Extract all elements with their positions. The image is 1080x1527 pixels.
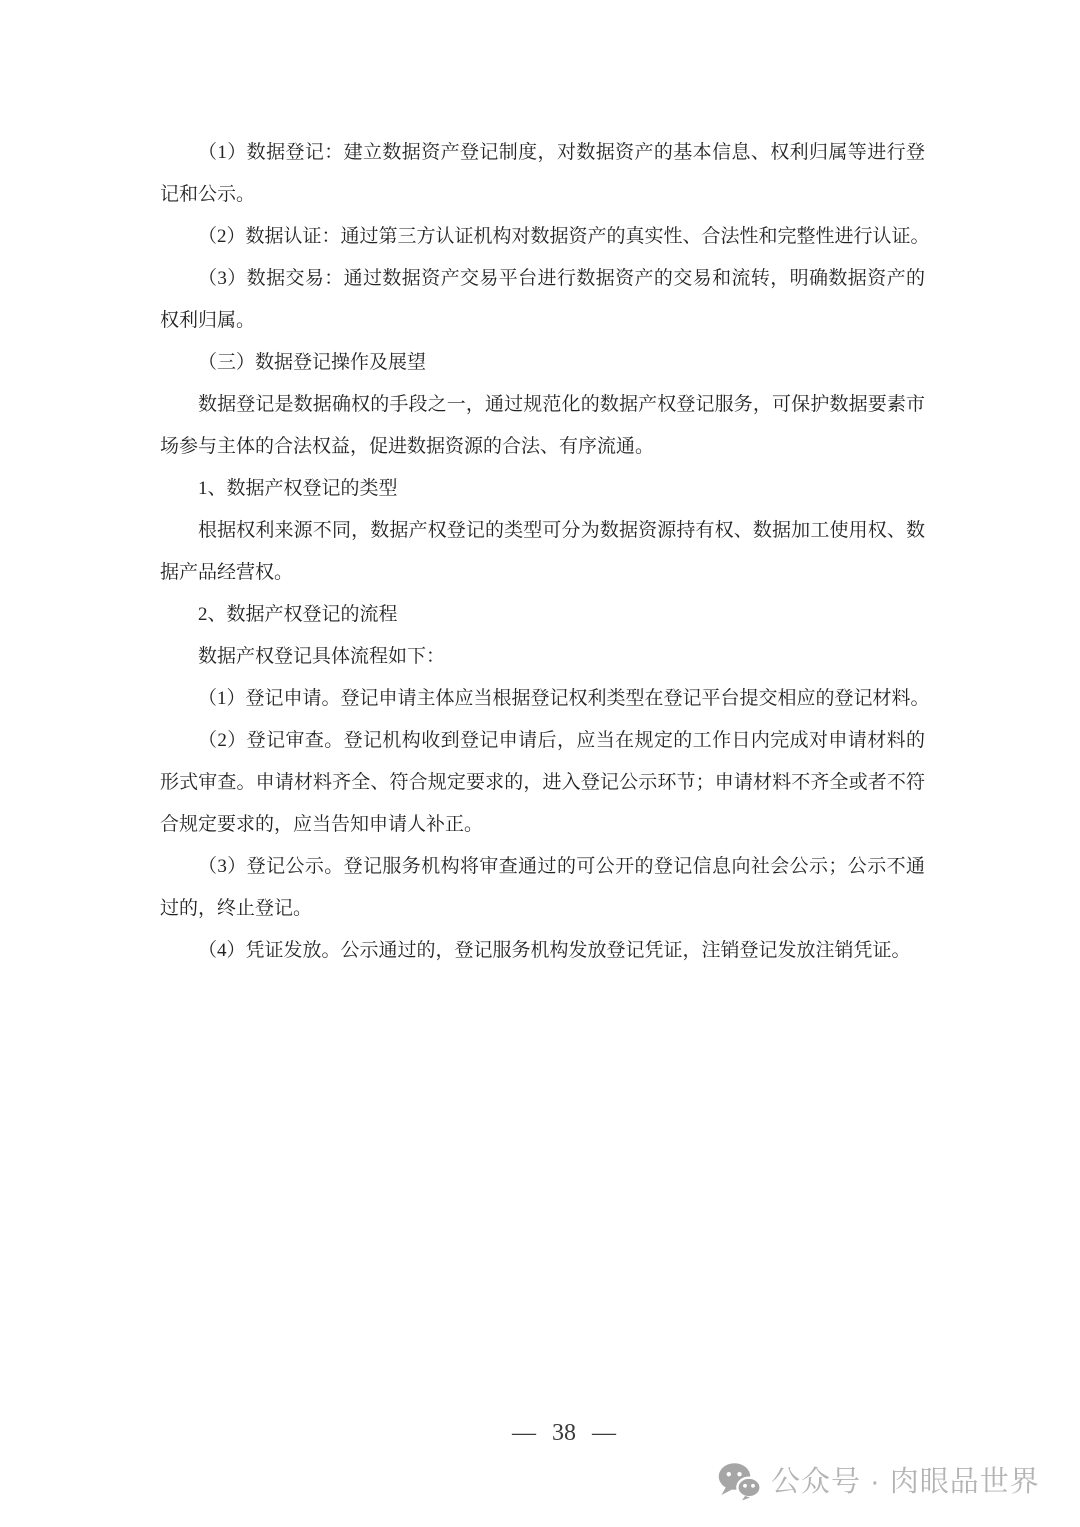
document-body: （1）数据登记：建立数据资产登记制度，对数据资产的基本信息、权利归属等进行登 记… (160, 132, 925, 972)
section-heading: （三）数据登记操作及展望 (160, 342, 925, 384)
page-number: — 38 — (0, 1412, 1080, 1454)
text-line: 形式审查。申请材料齐全、符合规定要求的，进入登记公示环节；申请材料不齐全或者不符 (160, 762, 925, 804)
text-line: （3）登记公示。登记服务机构将审查通过的可公开的登记信息向社会公示；公示不通 (160, 846, 925, 888)
text-line: 据产品经营权。 (160, 552, 925, 594)
text-line: 场参与主体的合法权益，促进数据资源的合法、有序流通。 (160, 426, 925, 468)
text-line: 合规定要求的，应当告知申请人补正。 (160, 804, 925, 846)
text-line: 记和公示。 (160, 174, 925, 216)
text-line: 过的，终止登记。 (160, 888, 925, 930)
document-page: （1）数据登记：建立数据资产登记制度，对数据资产的基本信息、权利归属等进行登 记… (0, 0, 1080, 1527)
watermark: 公众号 · 肉眼品世界 (718, 1462, 1040, 1502)
text-line: （2）数据认证：通过第三方认证机构对数据资产的真实性、合法性和完整性进行认证。 (160, 216, 925, 258)
subsection-heading: 1、数据产权登记的类型 (160, 468, 925, 510)
text-line: （2）登记审查。登记机构收到登记申请后，应当在规定的工作日内完成对申请材料的 (160, 720, 925, 762)
text-line: 数据登记是数据确权的手段之一，通过规范化的数据产权登记服务，可保护数据要素市 (160, 384, 925, 426)
text-line: （1）数据登记：建立数据资产登记制度，对数据资产的基本信息、权利归属等进行登 (160, 132, 925, 174)
text-line: （4）凭证发放。公示通过的，登记服务机构发放登记凭证，注销登记发放注销凭证。 (160, 930, 925, 972)
wechat-icon (718, 1463, 762, 1501)
text-line: 权利归属。 (160, 300, 925, 342)
text-line: （1）登记申请。登记申请主体应当根据登记权利类型在登记平台提交相应的登记材料。 (160, 678, 925, 720)
text-line: 根据权利来源不同，数据产权登记的类型可分为数据资源持有权、数据加工使用权、数 (160, 510, 925, 552)
subsection-heading: 2、数据产权登记的流程 (160, 594, 925, 636)
text-line: （3）数据交易：通过数据资产交易平台进行数据资产的交易和流转，明确数据资产的 (160, 258, 925, 300)
watermark-label: 公众号 · 肉眼品世界 (771, 1462, 1040, 1502)
text-line: 数据产权登记具体流程如下： (160, 636, 925, 678)
